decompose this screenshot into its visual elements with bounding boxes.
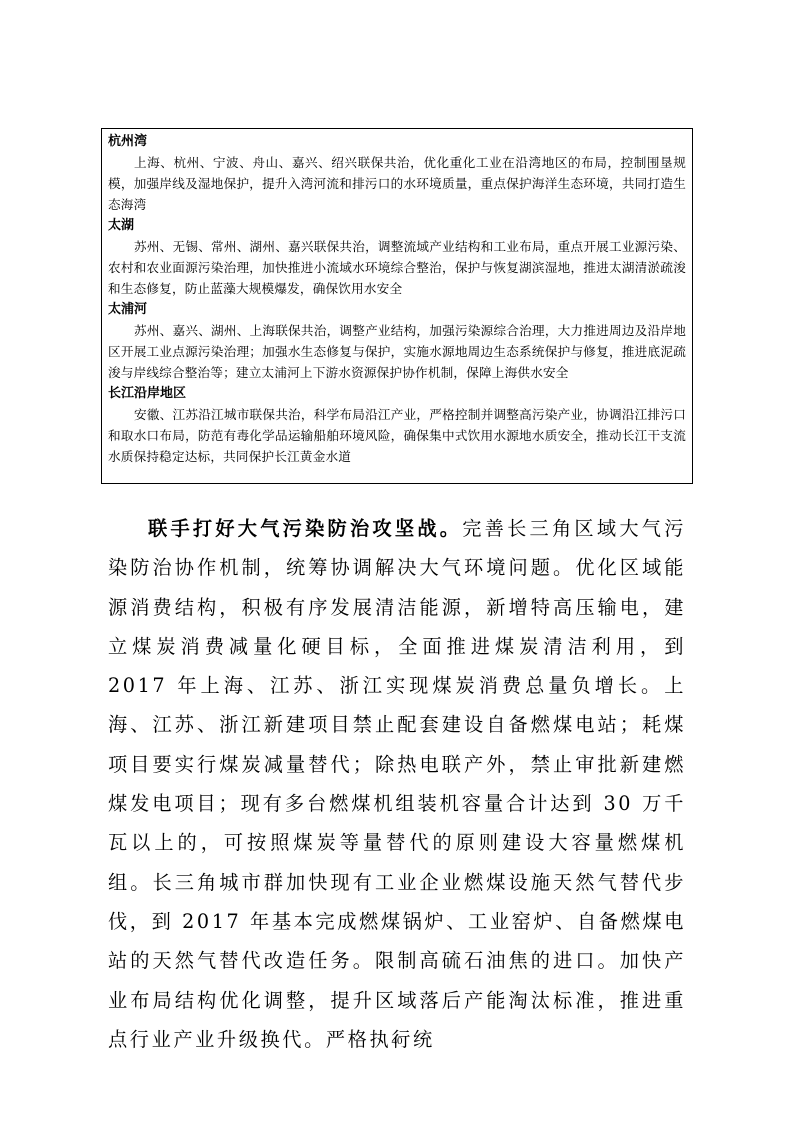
section-yangtze-riverside: 长江沿岸地区 安徽、江苏沿江城市联保共治，科学布局沿江产业，严格控制并调整高污染… [108,383,686,467]
section-title: 长江沿岸地区 [108,383,686,404]
section-taipu-river: 太浦河 苏州、嘉兴、湖州、上海联保共治，调整产业结构，加强污染源综合治理，大力推… [108,299,686,383]
section-hangzhou-bay: 杭州湾 上海、杭州、宁波、舟山、嘉兴、绍兴联保共治，优化重化工业在沿湾地区的布局… [108,131,686,215]
section-body: 安徽、江苏沿江城市联保共治，科学布局沿江产业，严格控制并调整高污染产业，协调沿江… [108,404,686,467]
air-pollution-paragraph: 联手打好大气污染防治攻坚战。完善长三角区域大气污染防治协作机制，统筹协调解决大气… [108,509,686,1059]
paragraph-lead: 联手打好大气污染防治攻坚战。 [148,517,462,540]
regional-water-protection-box: 杭州湾 上海、杭州、宁波、舟山、嘉兴、绍兴联保共治，优化重化工业在沿湾地区的布局… [101,128,693,484]
section-title: 杭州湾 [108,131,686,152]
document-page: 杭州湾 上海、杭州、宁波、舟山、嘉兴、绍兴联保共治，优化重化工业在沿湾地区的布局… [0,0,794,1123]
section-taihu: 太湖 苏州、无锡、常州、湖州、嘉兴联保共治，调整流域产业结构和工业布局，重点开展… [108,215,686,299]
section-body: 上海、杭州、宁波、舟山、嘉兴、绍兴联保共治，优化重化工业在沿湾地区的布局，控制围… [108,152,686,215]
section-title: 太湖 [108,215,686,236]
section-title: 太浦河 [108,299,686,320]
page-number: 40 [0,1035,794,1047]
section-body: 苏州、无锡、常州、湖州、嘉兴联保共治，调整流域产业结构和工业布局，重点开展工业源… [108,236,686,299]
paragraph-text: 完善长三角区域大气污染防治协作机制，统筹协调解决大气环境问题。优化区域能源消费结… [108,517,686,1051]
section-body: 苏州、嘉兴、湖州、上海联保共治，调整产业结构，加强污染源综合治理，大力推进周边及… [108,320,686,383]
